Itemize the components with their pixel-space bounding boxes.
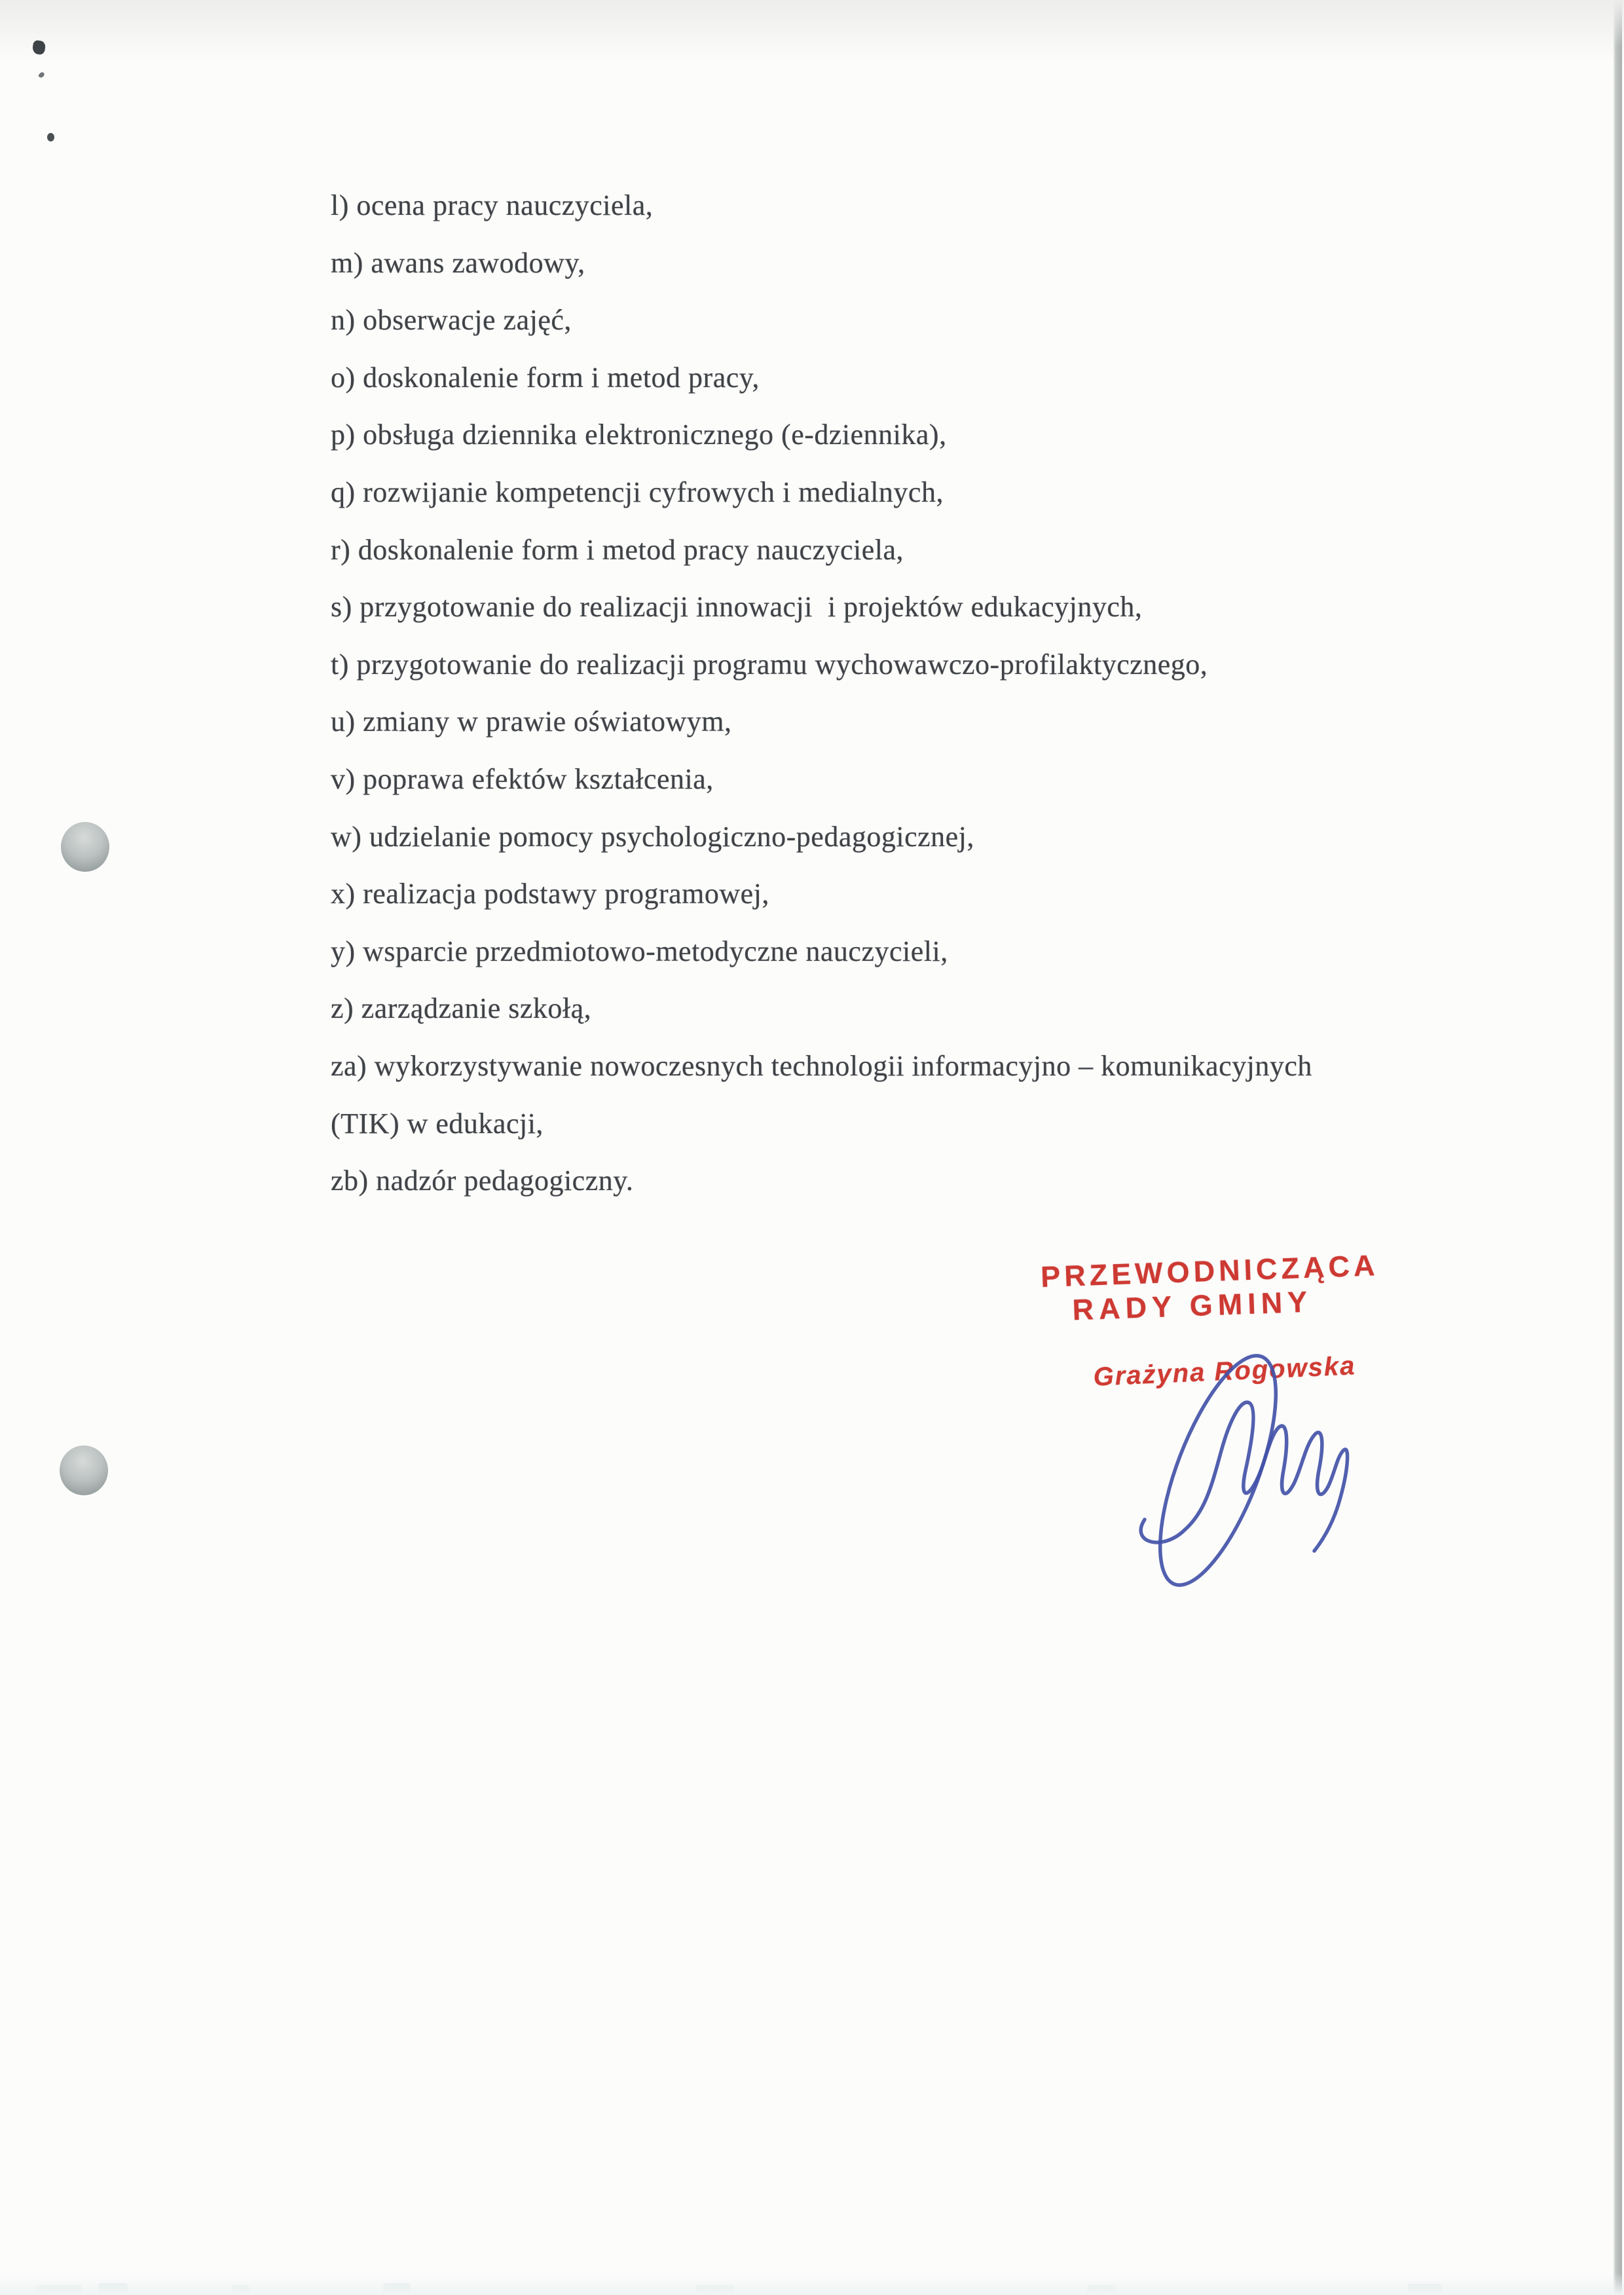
list-item-u: u) zmiany w prawie oświatowym, (331, 693, 1312, 751)
scan-speck (32, 40, 46, 55)
list-item-s: s) przygotowanie do realizacji innowacji… (331, 578, 1312, 636)
list-item-m: m) awans zawodowy, (331, 234, 1312, 292)
list-item-za-cont: (TIK) w edukacji, (331, 1095, 1312, 1153)
hole-punch-bottom (60, 1446, 108, 1495)
list-item-n: n) obserwacje zajęć, (331, 291, 1312, 349)
scanned-document-page: l) ocena pracy nauczyciela, m) awans zaw… (0, 0, 1624, 2295)
list-item-x: x) realizacja podstawy programowej, (331, 865, 1312, 923)
list-item-t: t) przygotowanie do realizacji programu … (331, 636, 1312, 694)
hole-punch-top (61, 822, 109, 872)
signature-ink-scribble (1100, 1330, 1388, 1611)
list-item-r: r) doskonalenie form i metod pracy naucz… (331, 521, 1312, 579)
scan-edge-shadow (1613, 0, 1622, 2295)
list-item-q: q) rozwijanie kompetencji cyfrowych i me… (331, 464, 1312, 521)
chairwoman-stamp: PRZEWODNICZĄCA RADY GMINY (1040, 1250, 1343, 1328)
list-item-o: o) doskonalenie form i metod pracy, (331, 349, 1312, 407)
list-item-v: v) poprawa efektów kształcenia, (331, 751, 1312, 808)
list-item-w: w) udzielanie pomocy psychologiczno-peda… (331, 808, 1312, 866)
list-item-z: z) zarządzanie szkołą, (331, 980, 1312, 1037)
scan-speck (38, 71, 45, 79)
list-body: l) ocena pracy nauczyciela, m) awans zaw… (331, 177, 1312, 1210)
list-item-zb: zb) nadzór pedagogiczny. (331, 1152, 1312, 1210)
list-item-l: l) ocena pracy nauczyciela, (331, 177, 1312, 234)
list-item-y: y) wsparcie przedmiotowo-metodyczne nauc… (331, 923, 1312, 980)
list-item-p: p) obsługa dziennika elektronicznego (e-… (331, 406, 1312, 464)
list-item-za: za) wykorzystywanie nowoczesnych technol… (331, 1037, 1312, 1095)
scan-speck (47, 133, 54, 141)
